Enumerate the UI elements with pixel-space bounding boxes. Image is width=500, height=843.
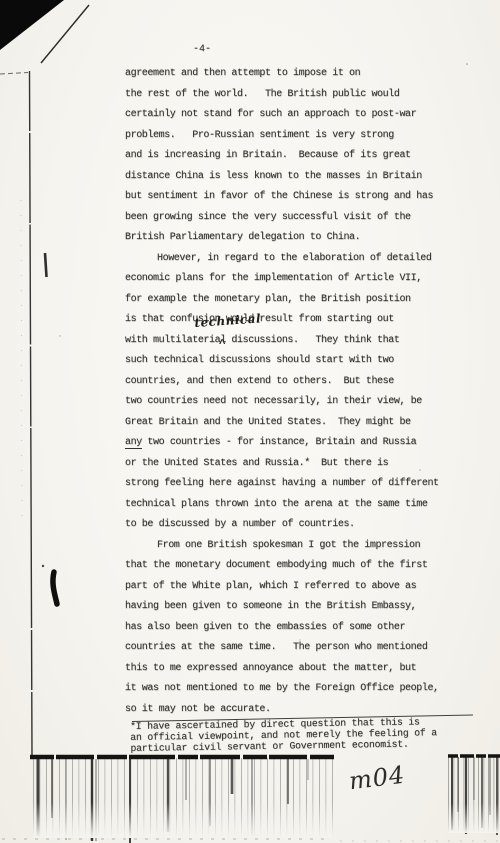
corner-horizontal-line [0, 73, 28, 75]
text-line: having been given to someone in the Brit… [125, 597, 475, 618]
text-line: countries, and then extend to others. Bu… [125, 372, 475, 393]
text-line: However, in regard to the elaboration of… [125, 249, 475, 270]
text-line: economic plans for the implementation of… [125, 269, 475, 290]
text-line: distance China is less known to the mass… [125, 167, 475, 188]
text-line: it was not mentioned to me by the Foreig… [125, 679, 475, 700]
page-corner-diagonal [41, 5, 89, 63]
text-line: part of the White plan, which I referred… [125, 577, 475, 598]
text-line: any two countries - for instance, Britai… [125, 433, 475, 454]
text-line: been growing since the very successful v… [125, 208, 475, 229]
text-line: Great Britain and the United States. The… [125, 413, 475, 434]
text-line: certainly not stand for such an approach… [125, 105, 475, 126]
text-line: strong feeling here against having a num… [125, 474, 475, 495]
text-segment: two countries - for instance, Britain an… [142, 437, 416, 448]
text-line-with-insertion: with multilaterial discussions. They thi… [125, 331, 475, 352]
page-number: -4- [193, 44, 211, 55]
text-line: and is increasing in Britain. Because of… [125, 146, 475, 167]
text-line: agreement and then attempt to impose it … [125, 64, 475, 85]
text-line: this to me expressed annoyance about the… [125, 659, 475, 680]
text-line: for example the monetary plan, the Briti… [125, 290, 475, 311]
footnote: *I have ascertained by direct question t… [130, 717, 480, 755]
ink-dash [45, 253, 47, 277]
document-body: agreement and then attempt to impose it … [125, 64, 475, 720]
text-line: problems. Pro-Russian sentiment is very … [125, 126, 475, 147]
text-line: From one British spokesman I got the imp… [125, 536, 475, 557]
ink-blob [53, 572, 57, 604]
text-line: technical plans thrown into the arena at… [125, 495, 475, 516]
text-line: to be discussed by a number of countries… [125, 515, 475, 536]
scanned-document-page: { "page": { "page_number": "-4-", "handw… [0, 0, 500, 843]
text-line: countries at the same time. The person w… [125, 638, 475, 659]
insertion-caret: ^ [219, 339, 226, 351]
text-line: the rest of the world. The British publi… [125, 85, 475, 106]
film-band-texture-right [448, 757, 500, 833]
speck [59, 335, 60, 336]
text-line: is that confusion would result from star… [125, 310, 475, 331]
text-line: two countries need not necessarily, in t… [125, 392, 475, 413]
left-edge-speckle [21, 200, 22, 530]
text-line: has also been given to the embassies of … [125, 618, 475, 639]
corner-shadow [0, 0, 64, 50]
film-band-texture [33, 758, 333, 838]
ink-dot [42, 565, 44, 567]
underlined-word: any [125, 437, 142, 449]
text-line: but sentiment in favor of the Chinese is… [125, 187, 475, 208]
text-line: such technical discussions should start … [125, 351, 475, 372]
text-line: that the monetary document embodying muc… [125, 556, 475, 577]
text-line-with-footnote-asterisk: or the United States and Russia.* But th… [125, 454, 475, 475]
text-line: British Parliamentary delegation to Chin… [125, 228, 475, 249]
left-page-edge-line [30, 71, 33, 756]
